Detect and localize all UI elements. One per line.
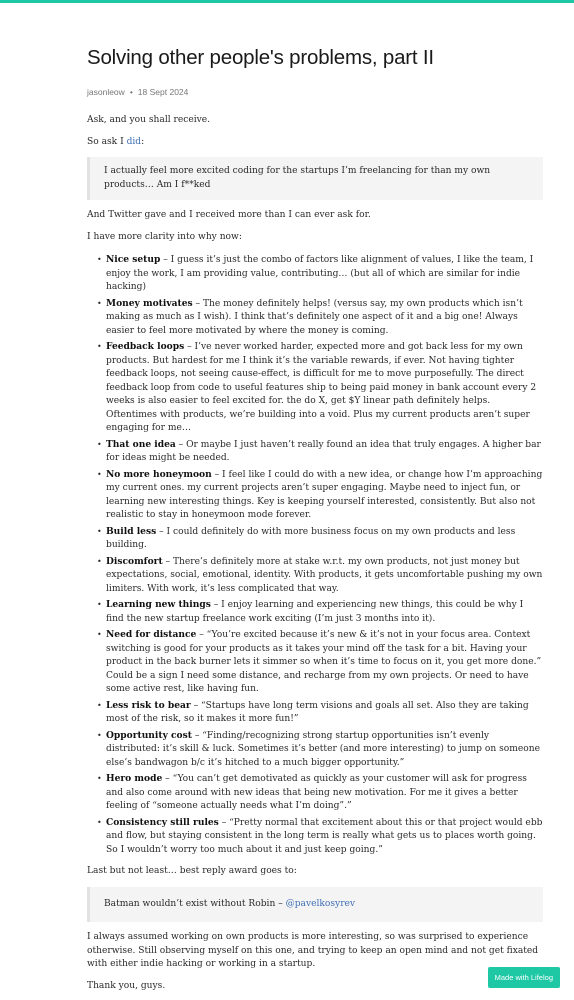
reason-term: Opportunity cost — [106, 730, 192, 741]
tweet-quote-text: I actually feel more excited coding for … — [104, 165, 529, 192]
reason-term: Build less — [106, 526, 156, 537]
list-item: Money motivates – The money definitely h… — [104, 297, 543, 339]
reason-text: – I could definitely do with more busine… — [106, 527, 515, 551]
best-reply-text: Batman wouldn’t exist without Robin – @p… — [104, 898, 529, 912]
author-name[interactable]: jasonleow — [87, 87, 125, 97]
list-item: Opportunity cost – “Finding/recognizing … — [104, 729, 543, 771]
conclusion-paragraph: I always assumed working on own products… — [87, 931, 543, 972]
list-item: Need for distance – “You’re excited beca… — [104, 628, 543, 697]
reason-text: – There’s definitely more at stake w.r.t… — [106, 557, 542, 594]
last-paragraph: Last but not least… best reply award goe… — [87, 865, 543, 879]
reason-text: – I guess it’s just the combo of factors… — [106, 255, 533, 292]
best-reply-body: Batman wouldn’t exist without Robin – — [104, 899, 286, 909]
post-date: 18 Sept 2024 — [138, 87, 189, 97]
meta-separator: • — [130, 87, 133, 97]
ask-text: So ask I — [87, 137, 127, 147]
reason-term: Money motivates — [106, 298, 193, 309]
twitter-paragraph: And Twitter gave and I received more tha… — [87, 209, 543, 223]
list-item: Feedback loops – I’ve never worked harde… — [104, 340, 543, 436]
clarity-paragraph: I have more clarity into why now: — [87, 231, 543, 245]
post-article: Solving other people's problems, part II… — [31, 44, 543, 993]
reason-term: Less risk to bear — [106, 700, 191, 711]
reason-term: Nice setup — [106, 254, 160, 265]
made-with-lifelog-button[interactable]: Made with Lifelog — [488, 967, 560, 988]
list-item: No more honeymoon – I feel like I could … — [104, 468, 543, 523]
list-item: Build less – I could definitely do with … — [104, 525, 543, 553]
list-item: That one idea – Or maybe I just haven’t … — [104, 438, 543, 466]
post-meta: jasonleow•18 Sept 2024 — [87, 86, 543, 98]
list-item: Discomfort – There’s definitely more at … — [104, 555, 543, 597]
list-item: Learning new things – I enjoy learning a… — [104, 598, 543, 626]
list-item: Nice setup – I guess it’s just the combo… — [104, 253, 543, 295]
ask-colon: : — [141, 137, 144, 147]
pavelkosyrev-link[interactable]: @pavelkosyrev — [286, 899, 355, 909]
top-accent-bar — [0, 0, 574, 3]
reasons-list: Nice setup – I guess it’s just the combo… — [104, 253, 543, 857]
reason-term: Hero mode — [106, 773, 162, 784]
thanks-paragraph: Thank you, guys. — [87, 980, 543, 994]
best-reply-quote: Batman wouldn’t exist without Robin – @p… — [87, 887, 543, 923]
reason-text: – “You can’t get demotivated as quickly … — [106, 774, 527, 811]
post-body: Ask, and you shall receive. So ask I did… — [87, 114, 543, 993]
reason-term: Discomfort — [106, 556, 163, 567]
reason-text: – I’ve never worked harder, expected mor… — [106, 342, 536, 433]
intro-paragraph: Ask, and you shall receive. — [87, 114, 543, 128]
reason-term: Need for distance — [106, 629, 196, 640]
list-item: Hero mode – “You can’t get demotivated a… — [104, 772, 543, 814]
ask-paragraph: So ask I did: — [87, 136, 543, 150]
post-title: Solving other people's problems, part II — [87, 44, 543, 72]
did-link[interactable]: did — [127, 137, 142, 147]
list-item: Less risk to bear – “Startups have long … — [104, 699, 543, 727]
reason-term: Feedback loops — [106, 341, 184, 352]
reason-term: That one idea — [106, 439, 176, 450]
reason-term: Learning new things — [106, 599, 211, 610]
list-item: Consistency still rules – “Pretty normal… — [104, 816, 543, 858]
reason-term: Consistency still rules — [106, 817, 219, 828]
reason-term: No more honeymoon — [106, 469, 212, 480]
tweet-quote: I actually feel more excited coding for … — [87, 157, 543, 200]
